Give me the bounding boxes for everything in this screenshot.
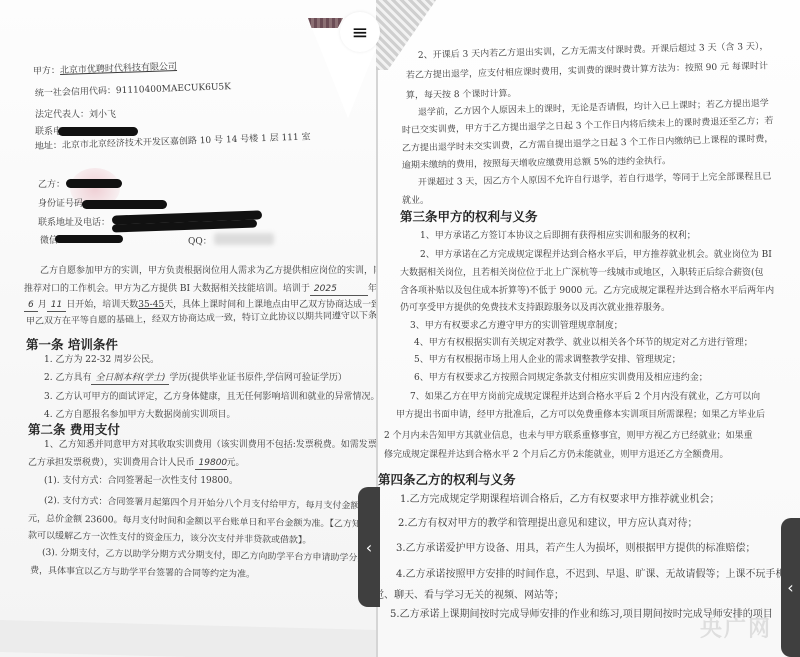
payment-option-3-cont: 费，具体事宜以乙方与助学平台签署的合同等约定为准。 [30, 566, 255, 581]
section-3-line: 4、甲方有权根据实训有关规定对教学、就业以相关各个环节的规定对乙方进行管理； [414, 338, 753, 349]
section-3-line: 5、甲方有权根据市场上用人企业的需求调整教学安排、管理规定； [414, 355, 681, 366]
intro-text: 天，具体上课时间和上课地点由甲乙双方协商达成一致。 [164, 300, 378, 310]
payment-option-2: (2). 支付方式：合同签署月起第四个月开始分八个月支付给甲方，每月支付金额为 … [44, 496, 378, 513]
party-a-name: 北京市优聘时代科技有限公司 [60, 62, 177, 76]
section-4-line: 3.乙方承诺爱护甲方设备、用具，若产生人为损坏，则根据甲方提供的标准赔偿； [396, 543, 756, 554]
clause-2-line: 若乙方提出退学，应支付相应课时费用，实训费的课时费计算方法为：按照 90 元 每… [406, 62, 768, 82]
legal-rep: 刘小飞 [89, 110, 116, 120]
party-a-label: 甲方： [33, 66, 60, 77]
section-4-line: 觉、聊天、看与学习无关的视频、网站等； [378, 590, 564, 601]
intro-line-2: 推荐对口的工作机会。甲方为乙方提供 BI 大数据相关技能培训。培训于2025年 [24, 284, 377, 296]
qq-label: QQ： [188, 237, 212, 247]
clause-2-line: 就业。 [402, 196, 429, 207]
section-3-line: 1、甲方承诺乙方签订本协议之后即拥有获得相应实训和服务的权利； [420, 231, 696, 242]
party-b-line: 乙方： [38, 180, 65, 191]
fee-line-2: 乙方承担发票税费），实训费用合计人民币19800元。 [28, 458, 245, 470]
fee-text: 元。 [227, 458, 245, 468]
section-3-title: 第三条甲方的权利与义务 [400, 207, 538, 225]
payment-option-1: (1). 支付方式：合同签署起一次性支付 19800。 [44, 476, 238, 487]
section-3-line: 6、甲方有权要求乙方按照合同规定条款支付相应实训费用及相应违约金； [414, 373, 708, 384]
handwritten-month: 6 [24, 300, 38, 312]
section-1-item: 2. 乙方具有全日制本科(学士)学历(提供毕业证书原件,学信网可验证学历） [44, 373, 347, 385]
clause-2-line: 逾期未缴纳的费用，按照每天增收应缴费用总额 5%的违约金执行。 [402, 156, 671, 172]
prev-page-button-left[interactable]: ‹ [358, 487, 380, 607]
section-4-line: 2.乙方有权对甲方的教学和管理提出意见和建议，甲方应认真对待； [398, 518, 698, 529]
section-3-line: 仍可享受甲方提供的免费技术支持跟踪服务以及再次就业推荐服务。 [400, 303, 670, 314]
handwritten-fee: 19800 [195, 458, 227, 470]
section-3-line: 2、甲方承诺在乙方完成规定课程并达到合格水平后，甲方推荐就业机会。就业岗位为 B… [420, 250, 772, 261]
fabric-decoration [308, 18, 343, 28]
training-days: 35-45 [138, 300, 164, 310]
credit-code: 91110400MAECUK6U5K [116, 82, 231, 96]
intro-line-4: 甲乙双方在平等自愿的基础上，经双方协商达成一致，特订立此协议以期共同遵守以下条款… [26, 311, 378, 328]
payment-option-2-cont: 款可以缓解乙方一次性支付的资金压力，该分次支付并非贷款或借款】。 [28, 531, 312, 547]
hamburger-menu-icon: ≡ [352, 20, 369, 44]
section-3-line: 甲方提出书面申请，经甲方批准后，乙方可以免费重修本实训项目所需课程；如果乙方毕业… [396, 410, 765, 421]
redaction-bar [55, 235, 123, 243]
section-3-line: 含各项补贴以及包住成本折算等)不低于 9000 元。乙方完成规定课程并达到合格水… [400, 286, 774, 297]
chevron-left-icon: ‹ [787, 578, 793, 597]
handwritten-education: 全日制本科(学士) [91, 373, 169, 385]
handwritten-day: 11 [47, 300, 66, 312]
clause-2-line: 2、开课后 3 天内若乙方退出实训，乙方无需支付课时费。开课后超过 3 天（含 … [418, 42, 769, 62]
contract-page-right: 2、开课后 3 天内若乙方退出实训，乙方无需支付课时费。开课后超过 3 天（含 … [378, 0, 800, 657]
chevron-left-icon: ‹ [366, 538, 372, 557]
party-a-line: 甲方：北京市优聘时代科技有限公司 [33, 62, 177, 78]
clause-2-line: 算，每天按 8 个课时计算。 [406, 89, 517, 102]
intro-text: 日开始，培训天数 [66, 300, 138, 310]
redaction-bar [66, 179, 122, 188]
party-b-label: 乙方： [38, 180, 65, 190]
section-4-title: 第四条乙方的权利与义务 [378, 470, 516, 488]
clause-2-line: 时已交实训费，甲方于乙方提出退学之日起 3 个工作日内将后续未上的课时费退还至乙… [402, 116, 774, 137]
redaction-bar [82, 200, 167, 209]
blurred-field [214, 233, 274, 245]
payment-option-2-cont: 元，总价金额 23600。每月支付时间和金额以平台账单日和平台金额为准。【乙方知… [28, 514, 378, 531]
item-text: 2. 乙方具有 [44, 373, 91, 383]
prev-page-button-right[interactable]: ‹ [781, 518, 800, 657]
credit-code-line: 统一社会信用代码：91110400MAECUK6U5K [35, 82, 231, 100]
section-3-line: 大数据相关岗位，且若相关岗位位于北上广深杭等一线城市或地区，入职转正后综合薪资(… [400, 268, 764, 279]
watermark: 央广网 [700, 612, 772, 643]
section-1-item: 1. 乙方为 22-32 周岁公民。 [44, 355, 159, 366]
contact-address-label: 联系地址及电话： [38, 218, 110, 228]
section-2-title: 第二条 费用支付 [28, 420, 120, 438]
intro-text: 推荐对口的工作机会。甲方为乙方提供 BI 大数据相关技能培训。培训于 [24, 284, 310, 294]
qq-line: QQ： [188, 237, 212, 248]
contract-page-left: 甲方：北京市优聘时代科技有限公司 统一社会信用代码：91110400MAECUK… [0, 0, 378, 657]
section-1-title: 第一条 培训条件 [26, 335, 118, 353]
redaction-bar [58, 127, 138, 136]
fee-text: 乙方承担发票税费），实训费用合计人民币 [28, 458, 195, 468]
handwritten-year: 2025 [310, 284, 368, 296]
section-3-line: 修完成规定课程并达到合格水平 2 个月后乙方仍未能就业，则甲方退还乙方全额费用。 [384, 450, 728, 461]
section-1-item: 3. 乙方认可甲方的面试评定，乙方身体健康，且无任何影响培训和就业的异常情况。 [44, 392, 378, 403]
clause-2-line: 退学前，乙方因个人原因未上的课时，无论是否请假，均计入已上课时；若乙方提出退学 [418, 99, 769, 119]
payment-option-3: (3). 分期支付，乙方以助学分期方式分期支付，即乙方向助学平台方申请助学分期方… [42, 548, 378, 565]
contact-address-line: 联系地址及电话： [38, 218, 110, 229]
item-text: 学历(提供毕业证书原件,学信网可验证学历） [169, 373, 346, 383]
clause-2-line: 开课超过 3 天，因乙方个人原因不允许自行退学，若自行退学，等同于上完全部课程且… [418, 172, 772, 189]
section-4-line: 1.乙方完成规定学期课程培训合格后，乙方有权要求甲方推荐就业机会； [400, 494, 720, 505]
section-4-line: 4.乙方承诺按照甲方安排的时间作息，不迟到、早退、旷课、无故请假等；上课不玩手机 [396, 569, 786, 580]
legal-rep-line: 法定代表人：刘小飞 [35, 110, 116, 121]
section-3-line: 3、甲方有权要求乙方遵守甲方的实训管理规章制度； [410, 321, 623, 332]
legal-rep-label: 法定代表人： [35, 110, 89, 120]
month-label: 月 [38, 300, 47, 310]
section-3-line: 7、如果乙方在甲方岗前完成规定课程并达到合格水平后 2 个月内没有就业，乙方可以… [410, 392, 760, 403]
fee-line-1: 1、乙方知悉并同意甲方对其收取实训费用（该实训费用不包括:发票税费。如需发票则由 [44, 440, 378, 451]
page-edge [0, 620, 378, 657]
menu-button[interactable]: ≡ [340, 12, 380, 52]
clause-2-line: 乙方提出退学时未交实训费，乙方需自提出退学之日起 3 个工作日内缴纳已上课程的课… [402, 134, 774, 155]
section-3-line: 2 个月内未告知甲方其就业信息，也未与甲方联系重修事宜，则甲方视乙方已经就业；如… [384, 431, 753, 442]
intro-line-3: 6月11日开始，培训天数35-45天，具体上课时间和上课地点由甲乙双方协商达成一… [24, 300, 378, 312]
intro-line-1: 乙方自愿参加甲方的实训，甲方负责根据岗位用人需求为乙方提供相应岗位的实训，同时 [40, 266, 378, 277]
address-label: 地址： [35, 141, 62, 152]
credit-code-label: 统一社会信用代码： [35, 86, 116, 99]
